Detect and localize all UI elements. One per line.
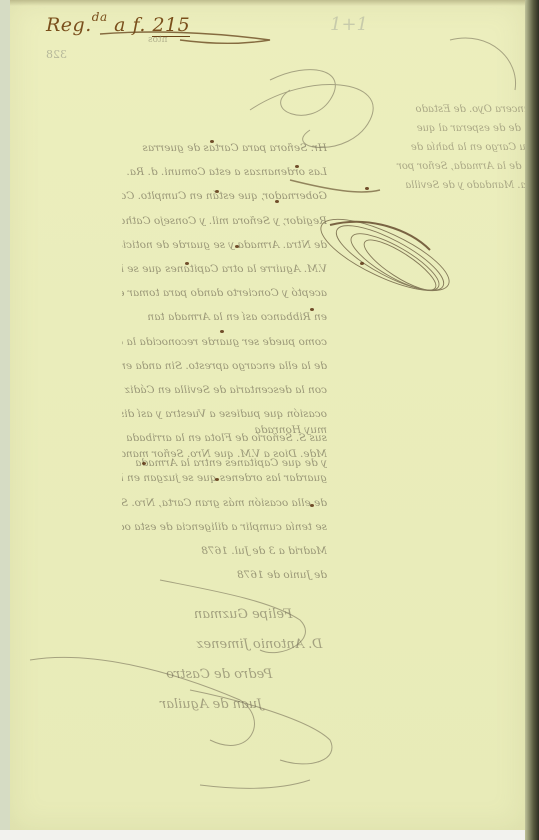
bleed-through-margin: Mancera Oyo. de Estado Sa. de de esperar… <box>320 100 539 195</box>
bleed-line: Hr. Señora para Cartas de guerras <box>122 136 327 160</box>
ink-spot <box>235 245 239 248</box>
binding-edge <box>525 0 539 840</box>
bleed-line: V.M. Aguirre la otra Capitanes que se ll… <box>122 257 327 281</box>
ink-spot <box>185 262 189 265</box>
bleed-line: en Ribbanco así en la Armada tan <box>122 305 327 329</box>
bleed-line: guardar las ordenes que se juzgan en la … <box>122 466 327 490</box>
bleed-line: Pe. de la Armada, Señor por <box>320 157 539 176</box>
bleed-line: a su Cargo en la bahía de <box>320 138 539 157</box>
signature: D. Antonio Jimenez <box>160 630 332 660</box>
bleed-line: muy Honrada <box>122 418 327 442</box>
ink-spot <box>142 462 146 465</box>
bleed-line: Regidor, y Señora mil. y Consejo Catho <box>122 209 327 233</box>
signature: Felipe Guzman <box>160 600 332 630</box>
bleed-line: se tenía cumplir a diligencia de esta oc… <box>122 515 327 539</box>
bleed-line: de Junio de 1678 <box>122 563 327 587</box>
signature: Pedro de Castro <box>160 660 332 690</box>
bleed-line: Nra. Mandado y de Sevilla <box>320 176 539 195</box>
ink-spot <box>210 140 214 143</box>
ink-spot <box>215 190 219 193</box>
bleed-line: Mde. Dios a V.M. que Nro. Señor manda <box>122 442 327 466</box>
manuscript-page: Reg.da a f. 215 ntos 328 1+1 Hr. Señora … <box>10 0 525 830</box>
ink-spot <box>215 478 219 481</box>
bleed-line: aceptó y Concierto dando para tomar el n… <box>122 281 327 305</box>
signature: Juan de Aguilar <box>160 690 332 720</box>
bleed-through-signatures: Felipe Guzman D. Antonio Jimenez Pedro d… <box>160 600 332 720</box>
ink-spot <box>310 308 314 311</box>
bleed-through-closing: muy Honrada Mde. Dios a V.M. que Nro. Se… <box>122 418 327 587</box>
ink-spot <box>365 187 369 190</box>
bleed-line: Gobernador, que están en Cumplto. Costa <box>122 184 327 208</box>
bleed-line: Sa. de de esperar al que <box>320 119 539 138</box>
ink-spot <box>360 262 364 265</box>
ink-spot <box>310 504 314 507</box>
bleed-line: de la ella encargo apresto. Sin anda en … <box>122 354 327 378</box>
ink-spot <box>220 330 224 333</box>
bleed-line: Las ordenanzas a esta Comuni. d. Ra. <box>122 160 327 184</box>
ink-spot <box>275 200 279 203</box>
bleed-line: Madrid a 3 de Jul. 1678 <box>122 539 327 563</box>
bleed-line: de ella ocasión más gran Carta, Nro. Señ… <box>122 491 327 515</box>
bleed-line: con la descentaria de Sevilla en Cádiz d… <box>122 378 327 402</box>
bleed-line: Mancera Oyo. de Estado <box>320 100 539 119</box>
bottom-margin-strip <box>0 830 525 840</box>
bleed-line: de Ntra. Armada y se guarde de noticia a <box>122 233 327 257</box>
ink-spot <box>295 165 299 168</box>
bleed-line: como puede ser guarde reconocida la entr… <box>122 330 327 354</box>
